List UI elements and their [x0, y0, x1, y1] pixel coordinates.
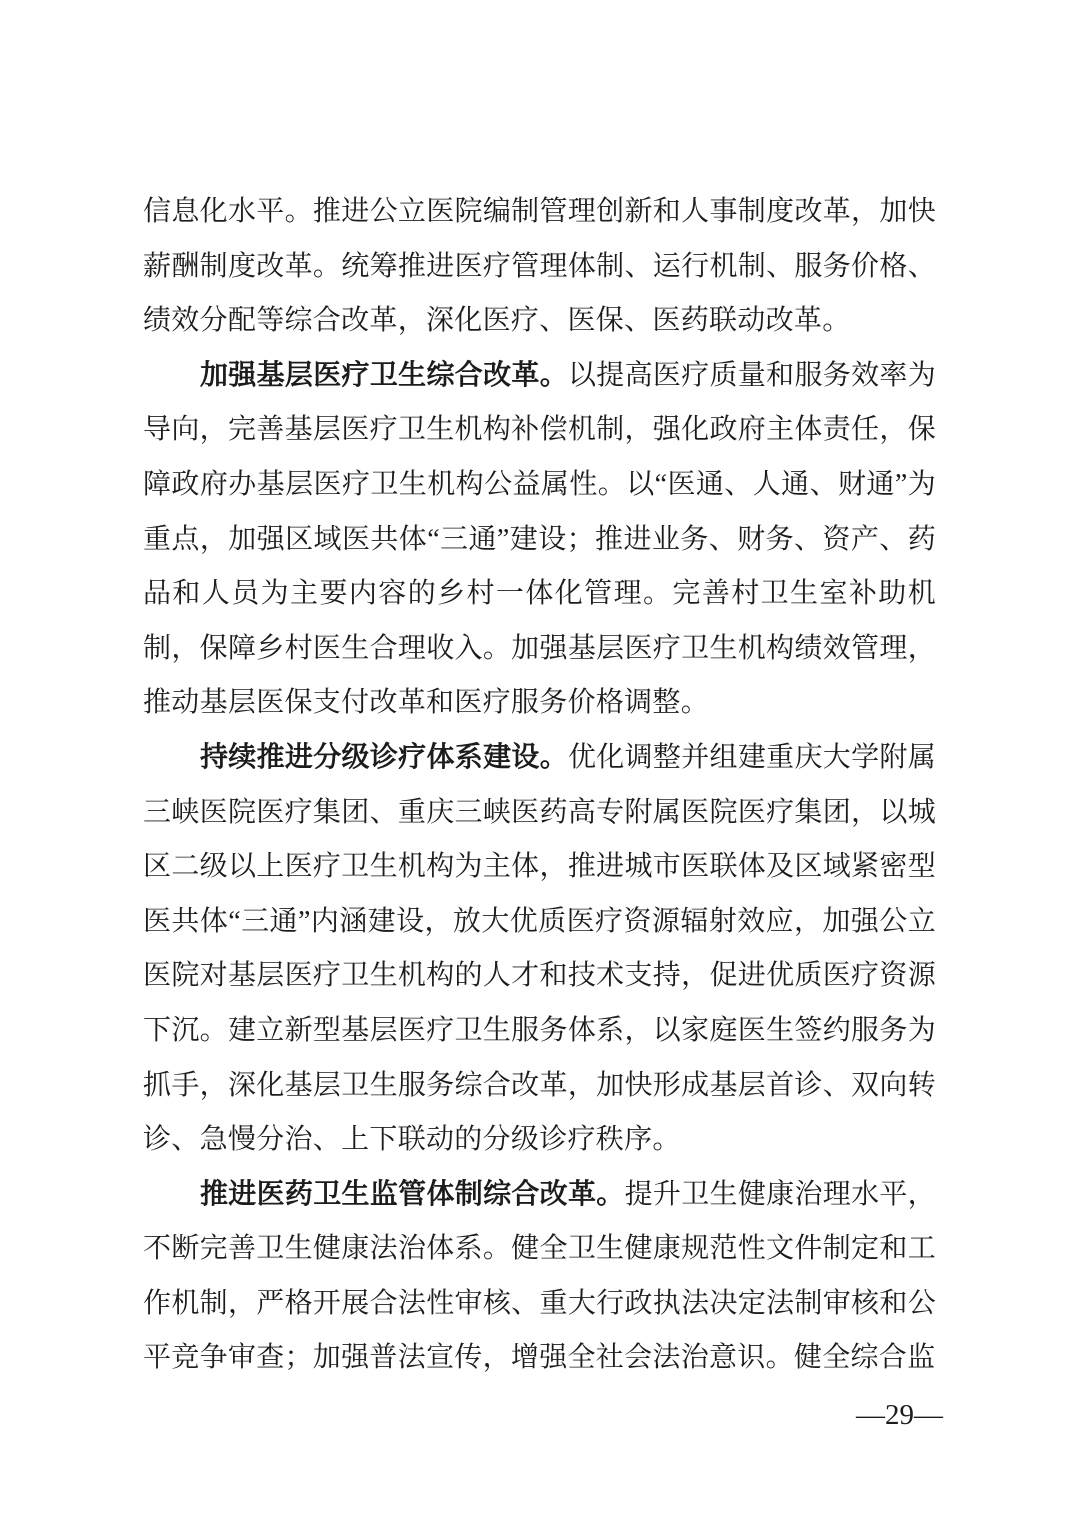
paragraph-supervision-reform: 推进医药卫生监管体制综合改革。提升卫生健康治理水平，不断完善卫生健康法治体系。健…	[143, 1168, 936, 1386]
paragraph-grassroots-reform: 加强基层医疗卫生综合改革。以提高医疗质量和服务效率为导向，完善基层医疗卫生机构补…	[143, 349, 936, 731]
document-body: 信息化水平。推进公立医院编制管理创新和人事制度改革，加快薪酬制度改革。统筹推进医…	[143, 185, 936, 1386]
document-page: 信息化水平。推进公立医院编制管理创新和人事制度改革，加快薪酬制度改革。统筹推进医…	[0, 0, 1074, 1520]
paragraph-continuation: 信息化水平。推进公立医院编制管理创新和人事制度改革，加快薪酬制度改革。统筹推进医…	[143, 185, 936, 349]
paragraph-text: 以提高医疗质量和服务效率为导向，完善基层医疗卫生机构补偿机制，强化政府主体责任，…	[143, 360, 936, 719]
paragraph-tiered-diagnosis: 持续推进分级诊疗体系建设。优化调整并组建重庆大学附属三峡医院医疗集团、重庆三峡医…	[143, 731, 936, 1168]
paragraph-text: 信息化水平。推进公立医院编制管理创新和人事制度改革，加快薪酬制度改革。统筹推进医…	[143, 196, 936, 336]
paragraph-text: 优化调整并组建重庆大学附属三峡医院医疗集团、重庆三峡医药高专附属医院医疗集团，以…	[143, 742, 936, 1155]
paragraph-lead: 持续推进分级诊疗体系建设。	[200, 742, 568, 773]
paragraph-lead: 推进医药卫生监管体制综合改革。	[200, 1179, 625, 1210]
page-number: —29—	[856, 1399, 943, 1431]
paragraph-lead: 加强基层医疗卫生综合改革。	[200, 360, 568, 391]
